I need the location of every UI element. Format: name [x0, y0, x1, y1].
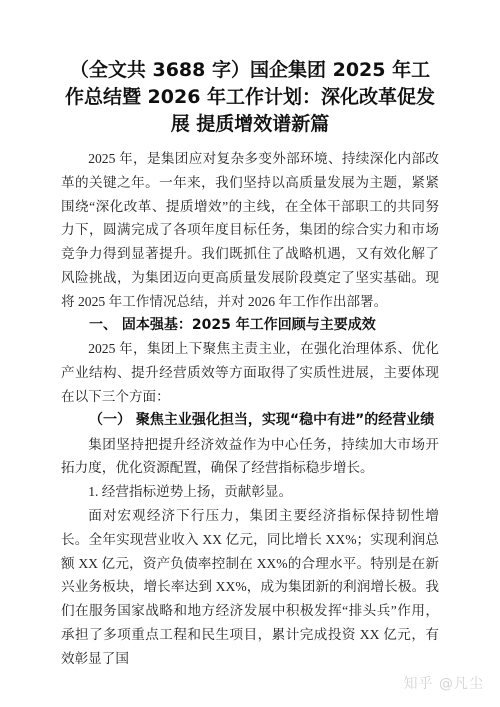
subsection-heading-1: （一） 聚焦主业强化担当，实现“稳中有进”的经营业绩 [61, 409, 439, 433]
section-heading-1: 一、 固本强基：2025 年工作回顾与主要成效 [61, 314, 439, 338]
numbered-item-1: 1. 经营指标逆势上扬，贡献彰显。 [61, 480, 439, 504]
section-overview-paragraph: 2025 年，集团上下聚焦主责主业，在强化治理体系、优化产业结构、提升经营质效等… [61, 337, 439, 408]
document-title: （全文共 3688 字）国企集团 2025 年工作总结暨 2026 年工作计划：… [61, 57, 439, 138]
subsection-lead-paragraph: 集团坚持把提升经济效益作为中心任务，持续加大市场开拓力度，优化资源配置，确保了经… [61, 433, 439, 481]
intro-paragraph: 2025 年，是集团应对复杂多变外部环境、持续深化内部改革的关键之年。一年来，我… [61, 147, 439, 314]
watermark-text: 知乎 @凡尘 [404, 676, 484, 692]
document-body: 2025 年，是集团应对复杂多变外部环境、持续深化内部改革的关键之年。一年来，我… [61, 147, 439, 671]
performance-detail-paragraph: 面对宏观经济下行压力，集团主要经济指标保持韧性增长。全年实现营业收入 XX 亿元… [61, 504, 439, 671]
document-page: （全文共 3688 字）国企集团 2025 年工作总结暨 2026 年工作计划：… [0, 0, 500, 707]
watermark: 知乎 @凡尘 [404, 673, 484, 693]
